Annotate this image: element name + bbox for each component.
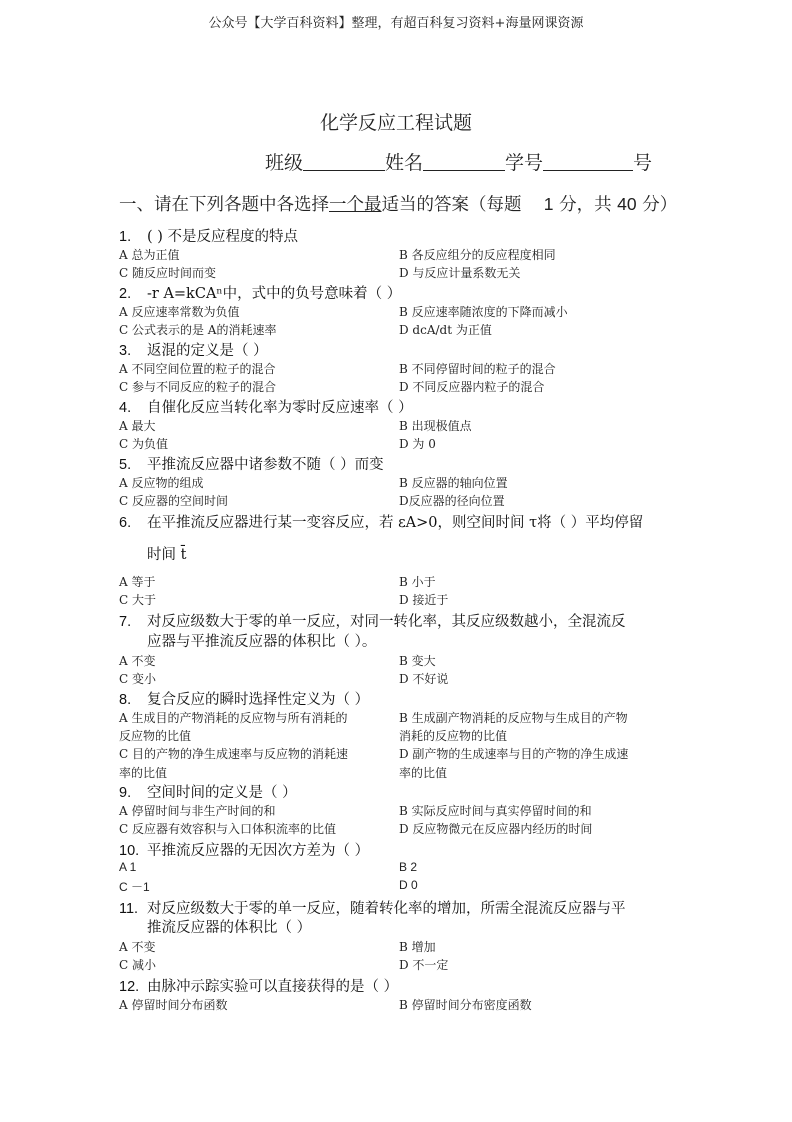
question-number: 11.	[119, 901, 147, 917]
question-number: 10.	[119, 843, 147, 859]
option-d[interactable]: D 与反应计量系数无关	[399, 264, 520, 281]
question-7: 7.对反应级数大于零的单一反应，对同一转化率，其反应级数越小，全混流反	[119, 610, 626, 631]
option-d[interactable]: D 不好说	[399, 670, 448, 687]
question-4: 4.自催化反应当转化率为零时反应速率（ ）	[119, 396, 413, 417]
option-a[interactable]: A 反应物的组成	[119, 474, 203, 491]
question-number: 2.	[119, 286, 147, 302]
section-end: 分）	[642, 195, 677, 215]
question-6: 6.在平推流反应器进行某一变容反应，若 εA>0，则空间时间 τ将（ ）平均停留	[119, 511, 643, 532]
question-7-continued: 应器与平推流反应器的体积比（ ）。	[147, 630, 376, 651]
option-b[interactable]: B 实际反应时间与真实停留时间的和	[399, 802, 592, 819]
section-underlined: 一个最	[329, 195, 382, 215]
id-label: 学号	[505, 152, 543, 174]
question-text: -r A=kCAⁿ中，式中的负号意味着（ ）	[147, 286, 401, 302]
class-label: 班级	[265, 152, 303, 174]
question-text: 平推流反应器的无因次方差为（ ）	[147, 843, 369, 859]
option-a[interactable]: A 停留时间与非生产时间的和	[119, 802, 275, 819]
option-b[interactable]: B 小于	[399, 573, 436, 590]
question-number: 12.	[119, 979, 147, 995]
option-c[interactable]: C －1	[119, 878, 150, 895]
question-text: 在平推流反应器进行某一变容反应，若 εA>0，则空间时间 τ将（ ）平均停留	[147, 515, 643, 531]
question-text: 自催化反应当转化率为零时反应速率（ ）	[147, 400, 413, 416]
option-d[interactable]: D 副产物的生成速率与目的产物的净生成速	[399, 745, 628, 762]
option-d[interactable]: D 接近于	[399, 591, 448, 608]
question-3: 3.返混的定义是（ ）	[119, 339, 268, 360]
option-a[interactable]: A 不变	[119, 938, 155, 955]
question-text: 平推流反应器中诸参数不随（ ）而变	[147, 457, 384, 473]
option-b-continued: 消耗的反应物的比值	[399, 727, 507, 744]
option-d[interactable]: D 不一定	[399, 956, 448, 973]
question-text: 由脉冲示踪实验可以直接获得的是（ ）	[147, 979, 398, 995]
option-c[interactable]: C 减小	[119, 956, 156, 973]
option-a[interactable]: A 停留时间分布函数	[119, 996, 227, 1013]
question-number: 5.	[119, 457, 147, 473]
option-a[interactable]: A 等于	[119, 573, 155, 590]
option-b[interactable]: B 2	[399, 860, 417, 874]
question-number: 9.	[119, 785, 147, 801]
option-c[interactable]: C 公式表示的是 A的消耗速率	[119, 321, 276, 338]
question-number: 4.	[119, 400, 147, 416]
section-suffix: 适当的答案（每题	[382, 195, 522, 215]
question-6-continued: 时间 t̄	[147, 543, 186, 564]
question-5: 5.平推流反应器中诸参数不随（ ）而变	[119, 453, 384, 474]
question-12: 12.由脉冲示踪实验可以直接获得的是（ ）	[119, 975, 398, 996]
score-total: 40	[617, 194, 636, 214]
question-number: 1.	[119, 229, 147, 245]
option-b[interactable]: B 变大	[399, 652, 436, 669]
option-c[interactable]: C 随反应时间而变	[119, 264, 216, 281]
name-label: 姓名	[385, 152, 423, 174]
option-c[interactable]: C 大于	[119, 591, 156, 608]
id-blank[interactable]	[543, 152, 633, 171]
question-8: 8.复合反应的瞬时选择性定义为（ ）	[119, 688, 369, 709]
option-a[interactable]: A 反应速率常数为负值	[119, 303, 239, 320]
section-prefix: 一、请在下列各题中各选择	[119, 195, 329, 215]
name-blank[interactable]	[423, 152, 505, 171]
option-c[interactable]: C 参与不同反应的粒子的混合	[119, 378, 276, 395]
question-text: 空间时间的定义是（ ）	[147, 785, 297, 801]
option-b[interactable]: B 生成副产物消耗的反应物与生成目的产物	[399, 709, 628, 726]
question-text: 对反应级数大于零的单一反应，对同一转化率，其反应级数越小，全混流反	[147, 614, 626, 630]
option-a[interactable]: A 不同空间位置的粒子的混合	[119, 360, 275, 377]
option-c[interactable]: C 目的产物的净生成速率与反应物的消耗速	[119, 745, 348, 762]
question-number: 6.	[119, 515, 147, 531]
question-11-continued: 推流反应器的体积比（ ）	[147, 916, 311, 937]
question-1: 1.( ) 不是反应程度的特点	[119, 225, 298, 246]
option-b[interactable]: B 增加	[399, 938, 436, 955]
question-9: 9.空间时间的定义是（ ）	[119, 781, 297, 802]
question-number: 8.	[119, 692, 147, 708]
section-heading: 一、请在下列各题中各选择一个最适当的答案（每题 1 分，共 40 分）	[119, 191, 677, 216]
question-2: 2.-r A=kCAⁿ中，式中的负号意味着（ ）	[119, 282, 401, 303]
class-blank[interactable]	[303, 152, 385, 171]
question-11: 11.对反应级数大于零的单一反应，随着转化率的增加，所需全混流反应器与平	[119, 897, 626, 918]
option-b[interactable]: B 不同停留时间的粒子的混合	[399, 360, 556, 377]
option-b[interactable]: B 反应速率随浓度的下降而减小	[399, 303, 568, 320]
option-d[interactable]: D反应器的径向位置	[399, 492, 505, 509]
option-b[interactable]: B 出现极值点	[399, 417, 472, 434]
question-text: 对反应级数大于零的单一反应，随着转化率的增加，所需全混流反应器与平	[147, 901, 626, 917]
option-d[interactable]: D 不同反应器内粒子的混合	[399, 378, 544, 395]
option-c[interactable]: C 反应器的空间时间	[119, 492, 228, 509]
score-each: 1	[544, 194, 554, 214]
option-d[interactable]: D 反应物微元在反应器内经历的时间	[399, 820, 592, 837]
no-label: 号	[633, 152, 652, 174]
question-number: 7.	[119, 614, 147, 630]
option-d-continued: 率的比值	[399, 764, 447, 781]
option-c[interactable]: C 为负值	[119, 435, 168, 452]
header-banner: 公众号【大学百科资料】整理，有超百科复习资料+海量网课资源	[0, 12, 792, 31]
question-text: ( ) 不是反应程度的特点	[147, 229, 298, 245]
student-info-line: 班级姓名学号号	[265, 148, 652, 175]
question-text: 复合反应的瞬时选择性定义为（ ）	[147, 692, 369, 708]
question-number: 3.	[119, 343, 147, 359]
option-a[interactable]: A 生成目的产物消耗的反应物与所有消耗的	[119, 709, 347, 726]
section-mid: 分，共	[559, 195, 612, 215]
option-a[interactable]: A 不变	[119, 652, 155, 669]
option-c-continued: 率的比值	[119, 764, 167, 781]
option-d[interactable]: D 0	[399, 878, 418, 892]
option-d[interactable]: D dcA/dt 为正值	[399, 321, 492, 338]
question-text: 返混的定义是（ ）	[147, 343, 268, 359]
option-b[interactable]: B 各反应组分的反应程度相同	[399, 246, 556, 263]
option-a[interactable]: A 1	[119, 860, 136, 874]
option-a-continued: 反应物的比值	[119, 727, 191, 744]
question-10: 10.平推流反应器的无因次方差为（ ）	[119, 839, 369, 860]
option-d[interactable]: D 为 0	[399, 435, 436, 452]
option-a[interactable]: A 总为正值	[119, 246, 179, 263]
option-c[interactable]: C 变小	[119, 670, 156, 687]
option-c[interactable]: C 反应器有效容积与入口体积流率的比值	[119, 820, 336, 837]
option-b[interactable]: B 反应器的轴向位置	[399, 474, 508, 491]
page-title: 化学反应工程试题	[0, 108, 792, 135]
option-a[interactable]: A 最大	[119, 417, 155, 434]
option-b[interactable]: B 停留时间分布密度函数	[399, 996, 532, 1013]
